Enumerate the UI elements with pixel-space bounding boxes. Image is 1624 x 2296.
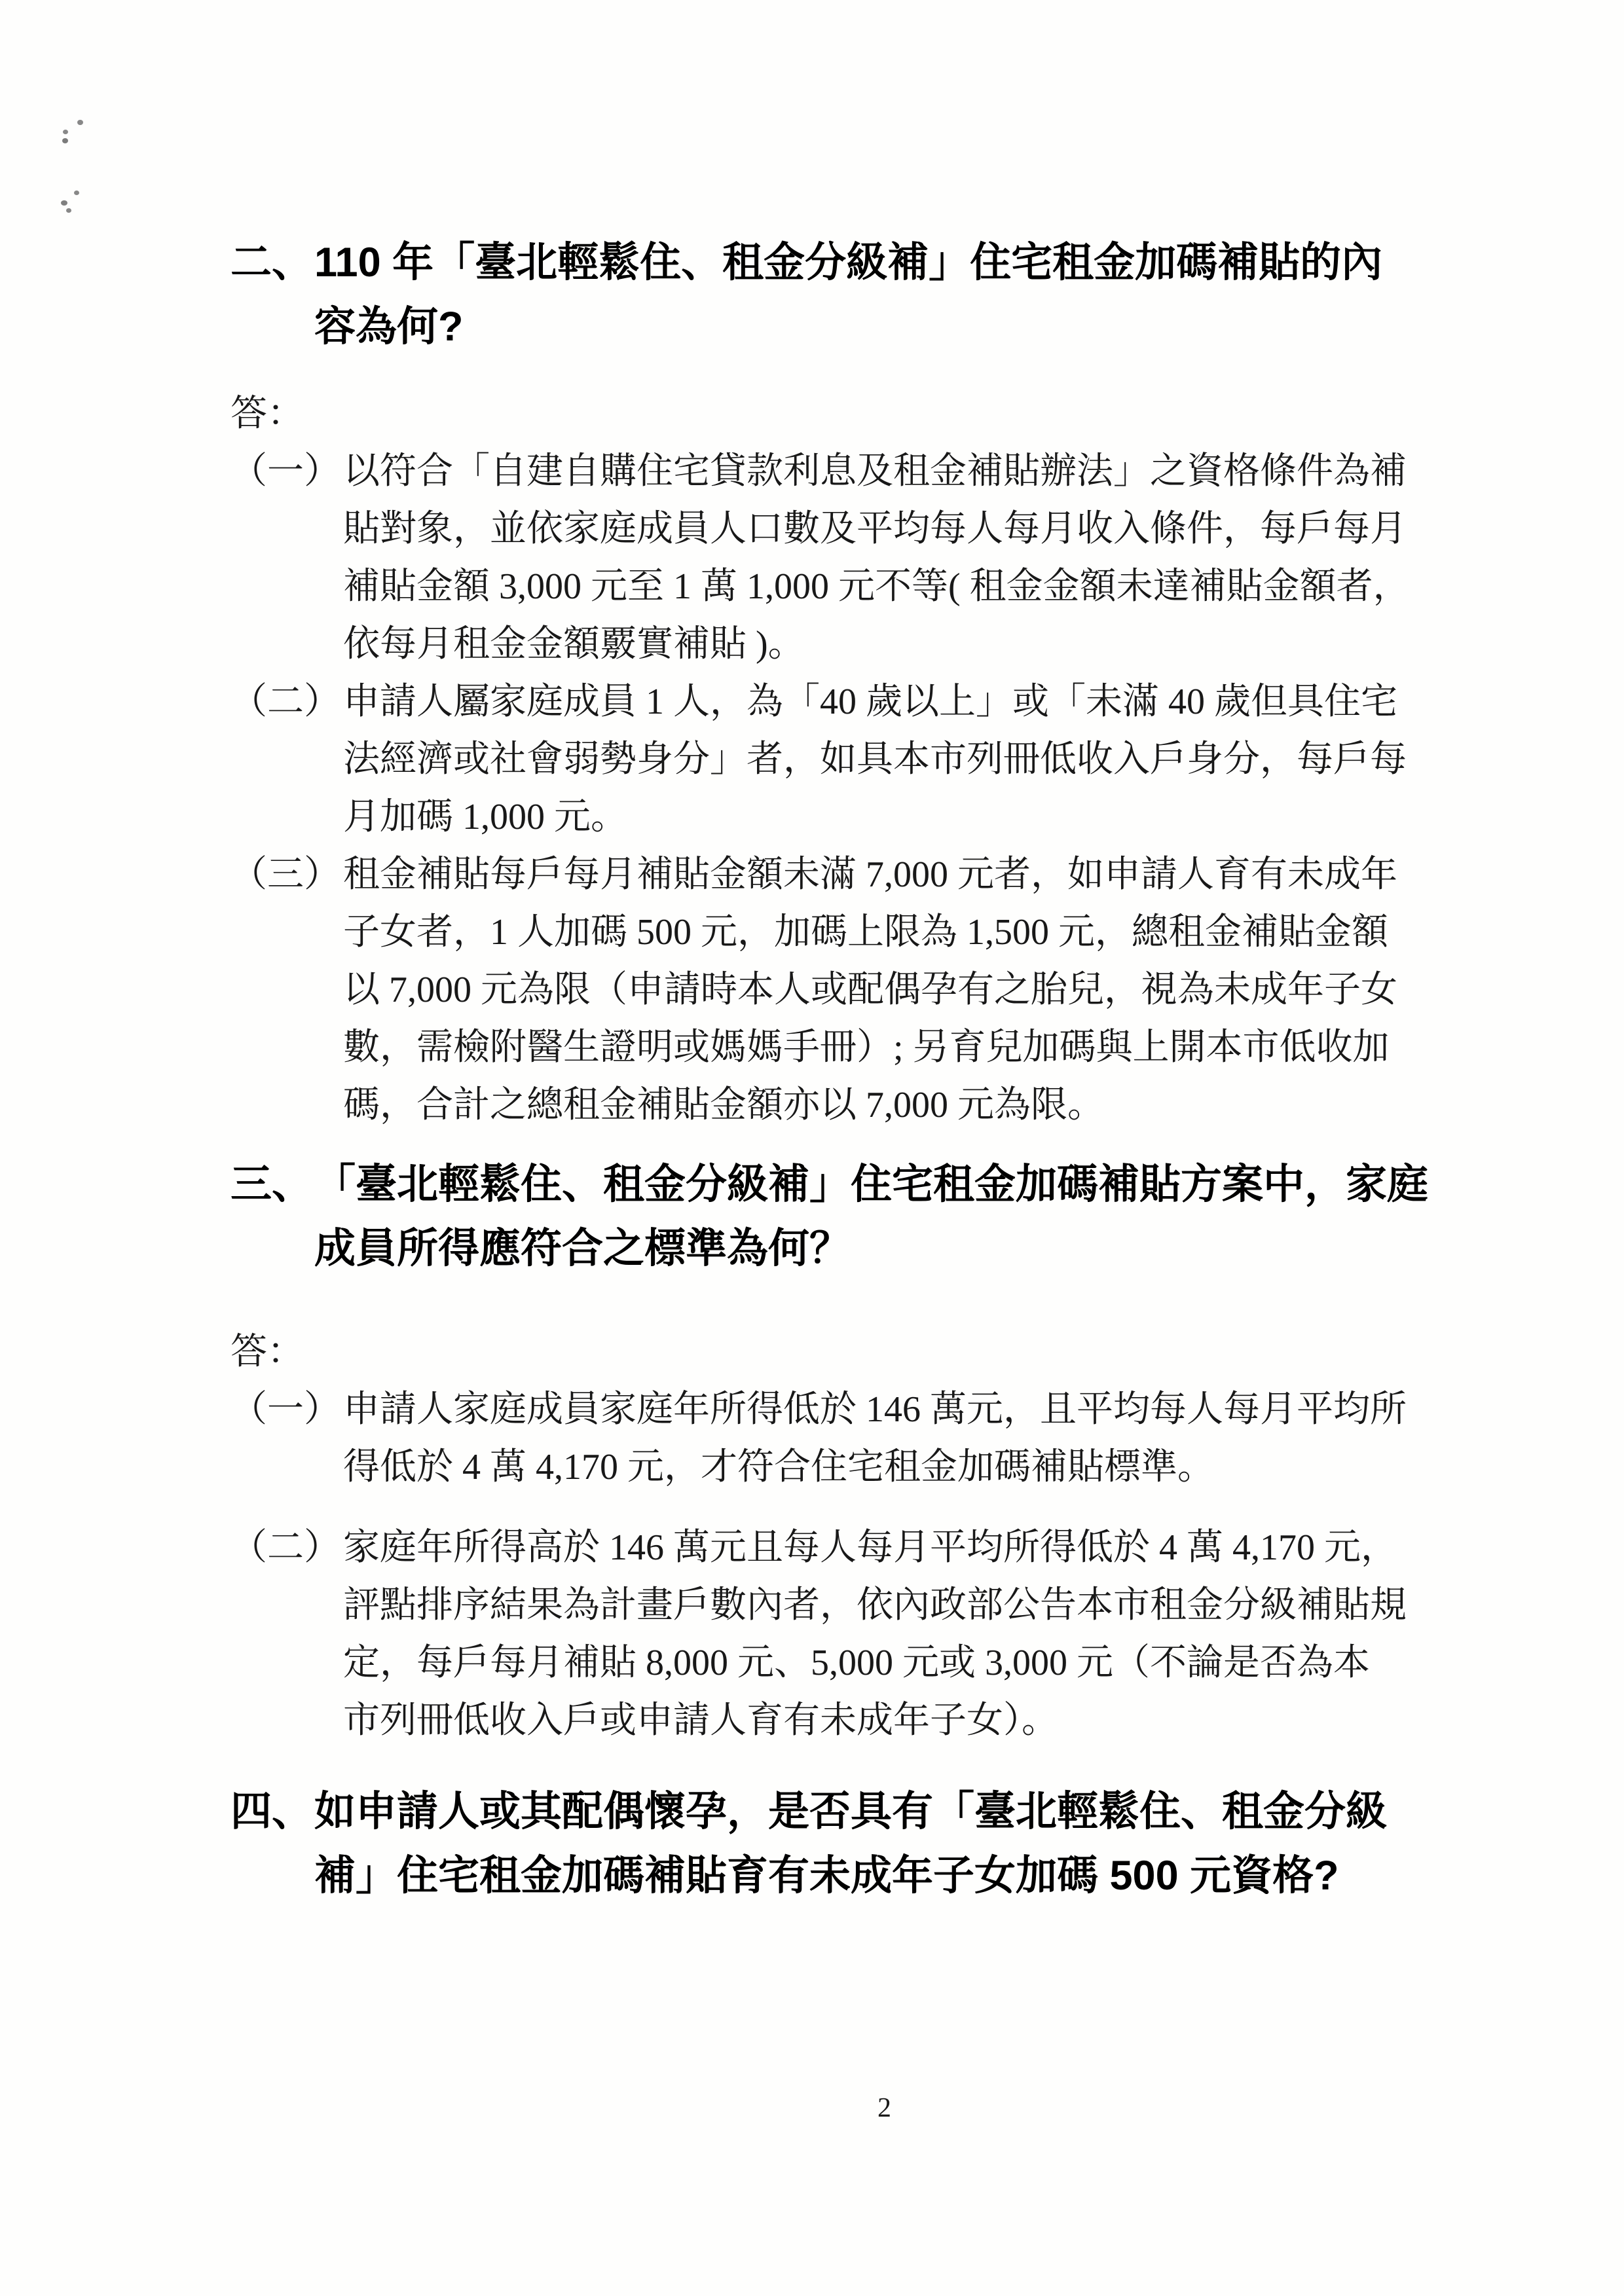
item-text-line: 以符合「自建自購住宅貸款利息及租金補貼辦法」之資格條件為補 bbox=[343, 443, 1419, 500]
question-2-answer-item-1: （一） 以符合「自建自購住宅貸款利息及租金補貼辦法」之資格條件為補 貼對象，並依… bbox=[231, 443, 1419, 673]
question-3-heading-line-1: 「臺北輕鬆住、租金分級補」住宅租金加碼補貼方案中，家庭 bbox=[314, 1152, 1419, 1216]
item-text-line: 定，每戶每月補貼 8,000 元、5,000 元或 3,000 元（不論是否為本 bbox=[343, 1634, 1419, 1692]
item-text-line: 家庭年所得高於 146 萬元且每人每月平均所得低於 4 萬 4,170 元， bbox=[343, 1519, 1419, 1576]
item-text-line: 以 7,000 元為限（申請時本人或配偶孕有之胎兒，視為未成年子女 bbox=[343, 961, 1419, 1019]
item-marker: （二） bbox=[231, 673, 343, 731]
item-text-line: 補貼金額 3,000 元至 1 萬 1,000 元不等( 租金金額未達補貼金額者… bbox=[343, 558, 1419, 615]
question-3-heading: 三、 「臺北輕鬆住、租金分級補」住宅租金加碼補貼方案中，家庭 成員所得應符合之標… bbox=[231, 1152, 1419, 1281]
question-2-answer-item-2: （二） 申請人屬家庭成員 1 人，為「40 歲以上」或「未滿 40 歲但具住宅 … bbox=[231, 673, 1419, 846]
question-4-number: 四、 bbox=[231, 1779, 313, 1844]
scan-speck bbox=[61, 200, 67, 206]
scan-speck bbox=[62, 138, 68, 143]
question-2-heading-line-1: 110 年「臺北輕鬆住、租金分級補」住宅租金加碼補貼的內 bbox=[314, 230, 1419, 295]
item-text-line: 數，需檢附醫生證明或媽媽手冊）; 另育兒加碼與上開本市低收加 bbox=[343, 1019, 1419, 1076]
item-text-line: 法經濟或社會弱勢身分」者，如具本市列冊低收入戶身分，每戶每 bbox=[343, 731, 1419, 788]
item-text-line: 依每月租金金額覈實補貼 )。 bbox=[343, 615, 1419, 673]
question-3-answer-item-1: （一） 申請人家庭成員家庭年所得低於 146 萬元，且平均每人每月平均所 得低於… bbox=[231, 1381, 1419, 1496]
document-page: 二、 110 年「臺北輕鬆住、租金分級補」住宅租金加碼補貼的內 容為何? 答： … bbox=[0, 0, 1624, 2296]
page-content: 二、 110 年「臺北輕鬆住、租金分級補」住宅租金加碼補貼的內 容為何? 答： … bbox=[231, 230, 1419, 1908]
question-3-heading-line-2: 成員所得應符合之標準為何？ bbox=[314, 1216, 1419, 1281]
question-3-answer-label: 答： bbox=[231, 1323, 1419, 1381]
scan-speck bbox=[66, 208, 71, 213]
question-2-heading: 二、 110 年「臺北輕鬆住、租金分級補」住宅租金加碼補貼的內 容為何? bbox=[231, 230, 1419, 359]
item-text-line: 申請人家庭成員家庭年所得低於 146 萬元，且平均每人每月平均所 bbox=[343, 1381, 1419, 1438]
item-text-line: 租金補貼每戶每月補貼金額未滿 7,000 元者，如申請人育有未成年 bbox=[343, 846, 1419, 903]
question-2-answer-label: 答： bbox=[231, 385, 1419, 443]
question-4-heading-line-1: 如申請人或其配偶懷孕，是否具有「臺北輕鬆住、租金分級 bbox=[314, 1779, 1419, 1844]
scan-speck bbox=[74, 191, 79, 195]
item-text-line: 申請人屬家庭成員 1 人，為「40 歲以上」或「未滿 40 歲但具住宅 bbox=[343, 673, 1419, 731]
question-3-number: 三、 bbox=[231, 1152, 313, 1216]
item-text-line: 貼對象，並依家庭成員人口數及平均每人每月收入條件，每戶每月 bbox=[343, 500, 1419, 558]
item-marker: （一） bbox=[231, 443, 343, 500]
item-text-line: 得低於 4 萬 4,170 元，才符合住宅租金加碼補貼標準。 bbox=[343, 1438, 1419, 1496]
question-2-answer-item-3: （三） 租金補貼每戶每月補貼金額未滿 7,000 元者，如申請人育有未成年 子女… bbox=[231, 846, 1419, 1134]
item-text-line: 評點排序結果為計畫戶數內者，依內政部公告本市租金分級補貼規 bbox=[343, 1576, 1419, 1634]
item-marker: （三） bbox=[231, 846, 343, 903]
question-4-heading-line-2: 補」住宅租金加碼補貼育有未成年子女加碼 500 元資格? bbox=[314, 1844, 1419, 1908]
item-text-line: 子女者，1 人加碼 500 元，加碼上限為 1,500 元，總租金補貼金額 bbox=[343, 903, 1419, 961]
question-4-heading: 四、 如申請人或其配偶懷孕，是否具有「臺北輕鬆住、租金分級 補」住宅租金加碼補貼… bbox=[231, 1779, 1419, 1908]
scan-speck bbox=[63, 130, 68, 134]
scan-speck bbox=[77, 120, 83, 125]
item-text-line: 市列冊低收入戶或申請人育有未成年子女）。 bbox=[343, 1692, 1419, 1749]
item-marker: （一） bbox=[231, 1381, 343, 1438]
item-text-line: 碼，合計之總租金補貼金額亦以 7,000 元為限。 bbox=[343, 1076, 1419, 1134]
question-2-heading-line-2: 容為何? bbox=[314, 295, 1419, 359]
item-marker: （二） bbox=[231, 1519, 343, 1576]
item-text-line: 月加碼 1,000 元。 bbox=[343, 788, 1419, 846]
page-number: 2 bbox=[877, 2092, 891, 2124]
question-3-answer-item-2: （二） 家庭年所得高於 146 萬元且每人每月平均所得低於 4 萬 4,170 … bbox=[231, 1519, 1419, 1749]
question-2-number: 二、 bbox=[231, 230, 313, 295]
